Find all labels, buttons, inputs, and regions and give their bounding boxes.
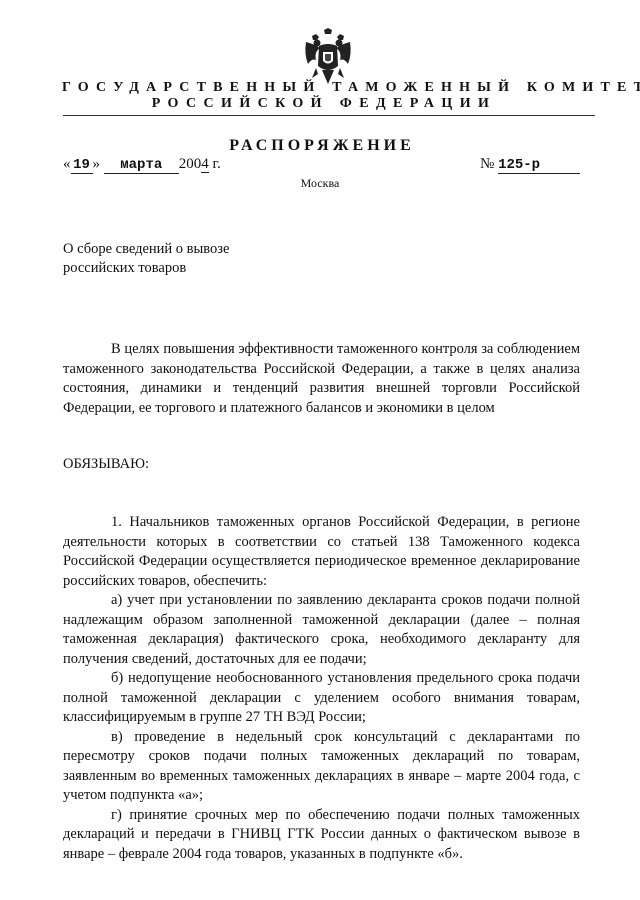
document-number-value: 125-р [498, 158, 580, 174]
order-item-1: 1. Начальников таможенных органов Россий… [63, 513, 580, 591]
date-day: 19 [71, 158, 93, 174]
order-subitem-g: г) принятие срочных мер по обеспечению п… [63, 806, 580, 865]
date-open-quote: « [63, 156, 71, 172]
order-items: 1. Начальников таможенных органов Россий… [63, 513, 580, 864]
order-subitem-v: в) проведение в недельный срок консульта… [63, 728, 580, 806]
document-city: Москва [0, 176, 640, 191]
date-month: марта [104, 158, 179, 174]
coat-of-arms-emblem-icon [302, 28, 354, 88]
preamble-text: В целях повышения эффективности таможенн… [63, 340, 580, 418]
document-subject: О сборе сведений о вывозе российских тов… [63, 240, 229, 278]
document-type-title: РАСПОРЯЖЕНИЕ [0, 137, 640, 155]
header-divider [63, 115, 595, 116]
organization-name-line1: ГОСУДАРСТВЕННЫЙ ТАМОЖЕННЫЙ КОМИТЕТ [62, 80, 598, 96]
obligate-heading: ОБЯЗЫВАЮ: [63, 456, 149, 473]
order-subitem-b: б) недопущение необоснованного установле… [63, 669, 580, 728]
number-sign: № [480, 156, 494, 172]
date-year-last-digit: 4 [201, 156, 209, 173]
order-subitem-a: а) учет при установлении по заявлению де… [63, 591, 580, 669]
subject-line-2: российских товаров [63, 259, 229, 278]
organization-name-line2: РОССИЙСКОЙ ФЕДЕРАЦИИ [0, 96, 640, 112]
date-year-prefix: 200 [179, 156, 202, 172]
document-date: «19» марта2004 г. [63, 156, 221, 174]
date-year-suffix: г. [209, 156, 221, 172]
document-number: № 125-р [480, 156, 580, 174]
date-close-quote: » [93, 156, 101, 172]
subject-line-1: О сборе сведений о вывозе [63, 240, 229, 259]
preamble-paragraph: В целях повышения эффективности таможенн… [63, 340, 580, 418]
